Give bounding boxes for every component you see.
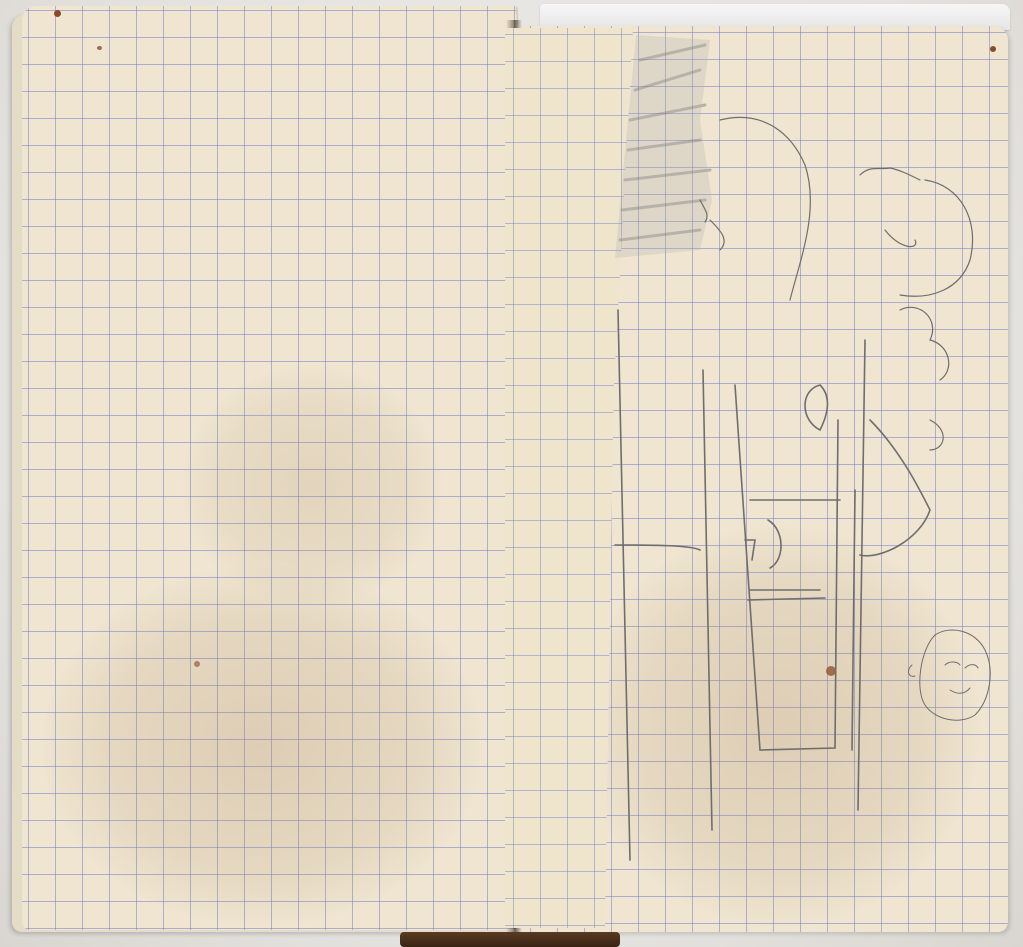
head-sketch: [700, 117, 973, 450]
figure-sketch: [615, 310, 930, 860]
pencil-sketch: [0, 0, 1023, 947]
notebook-scene: [0, 0, 1023, 947]
cherub-sketch: [908, 630, 990, 720]
shaded-hatching: [615, 35, 712, 258]
book-spine-bottom: [400, 932, 620, 947]
